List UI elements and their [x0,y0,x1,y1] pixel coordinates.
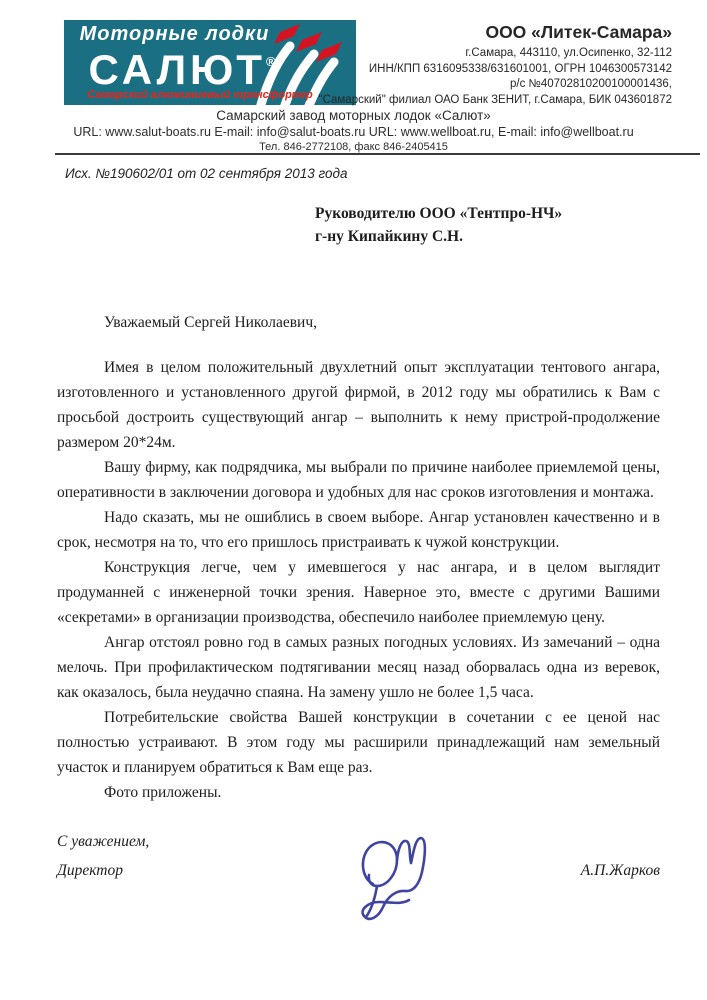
paragraph: Ангар отстоял ровно год в самых разных п… [57,630,660,705]
company-bank: "Самарский" филиал ОАО Банк ЗЕНИТ, г.Сам… [252,93,672,109]
signer-name: А.П.Жарков [581,858,660,883]
addressee-line1: Руководителю ООО «Тентпро-НЧ» [315,203,660,226]
company-requisites-block: ООО «Литек-Самара» г.Самара, 443110, ул.… [252,22,672,108]
company-account: р/с №40702810200100001436, [252,77,672,93]
outgoing-reference: Исх. №190602/01 от 02 сентября 2013 года [65,166,660,181]
paragraph: Имея в целом положительный двухлетний оп… [57,355,660,455]
scanned-letter-page: Моторные лодки САЛЮТ® Самарский алюминие… [0,0,707,1000]
logo-brand-text: САЛЮТ [88,46,266,93]
handwritten-signature [335,828,465,933]
paragraph: Надо сказать, мы не ошиблись в своем выб… [57,505,660,555]
factory-phone: Тел. 846-2772108, факс 846-2405415 [0,141,707,153]
addressee-block: Руководителю ООО «Тентпро-НЧ» г-ну Кипай… [315,203,660,248]
factory-title: Самарский завод моторных лодок «Салют» [0,108,707,123]
paragraph: Конструкция легче, чем у имевшегося у на… [57,555,660,630]
signer-position: Директор [57,858,123,883]
factory-header-block: Самарский завод моторных лодок «Салют» U… [0,108,707,153]
paragraph: Вашу фирму, как подрядчика, мы выбрали п… [57,455,660,505]
letter-paragraphs: Имея в целом положительный двухлетний оп… [57,355,660,805]
addressee-line2: г-ну Кипайкину С.Н. [315,226,660,249]
salutation: Уважаемый Сергей Николаевич, [57,310,660,335]
paragraph: Фото приложены. [57,780,660,805]
paragraph: Потребительские свойства Вашей конструкц… [57,705,660,780]
company-address: г.Самара, 443110, ул.Осипенко, 32-112 [252,46,672,62]
factory-contacts: URL: www.salut-boats.ru E-mail: info@sal… [0,125,707,139]
letter-content: Исх. №190602/01 от 02 сентября 2013 года… [57,166,660,883]
company-inn-ogrn: ИНН/КПП 6316095338/631601001, ОГРН 10463… [252,62,672,78]
company-name: ООО «Литек-Самара» [252,22,672,43]
letterhead-divider [55,153,700,155]
